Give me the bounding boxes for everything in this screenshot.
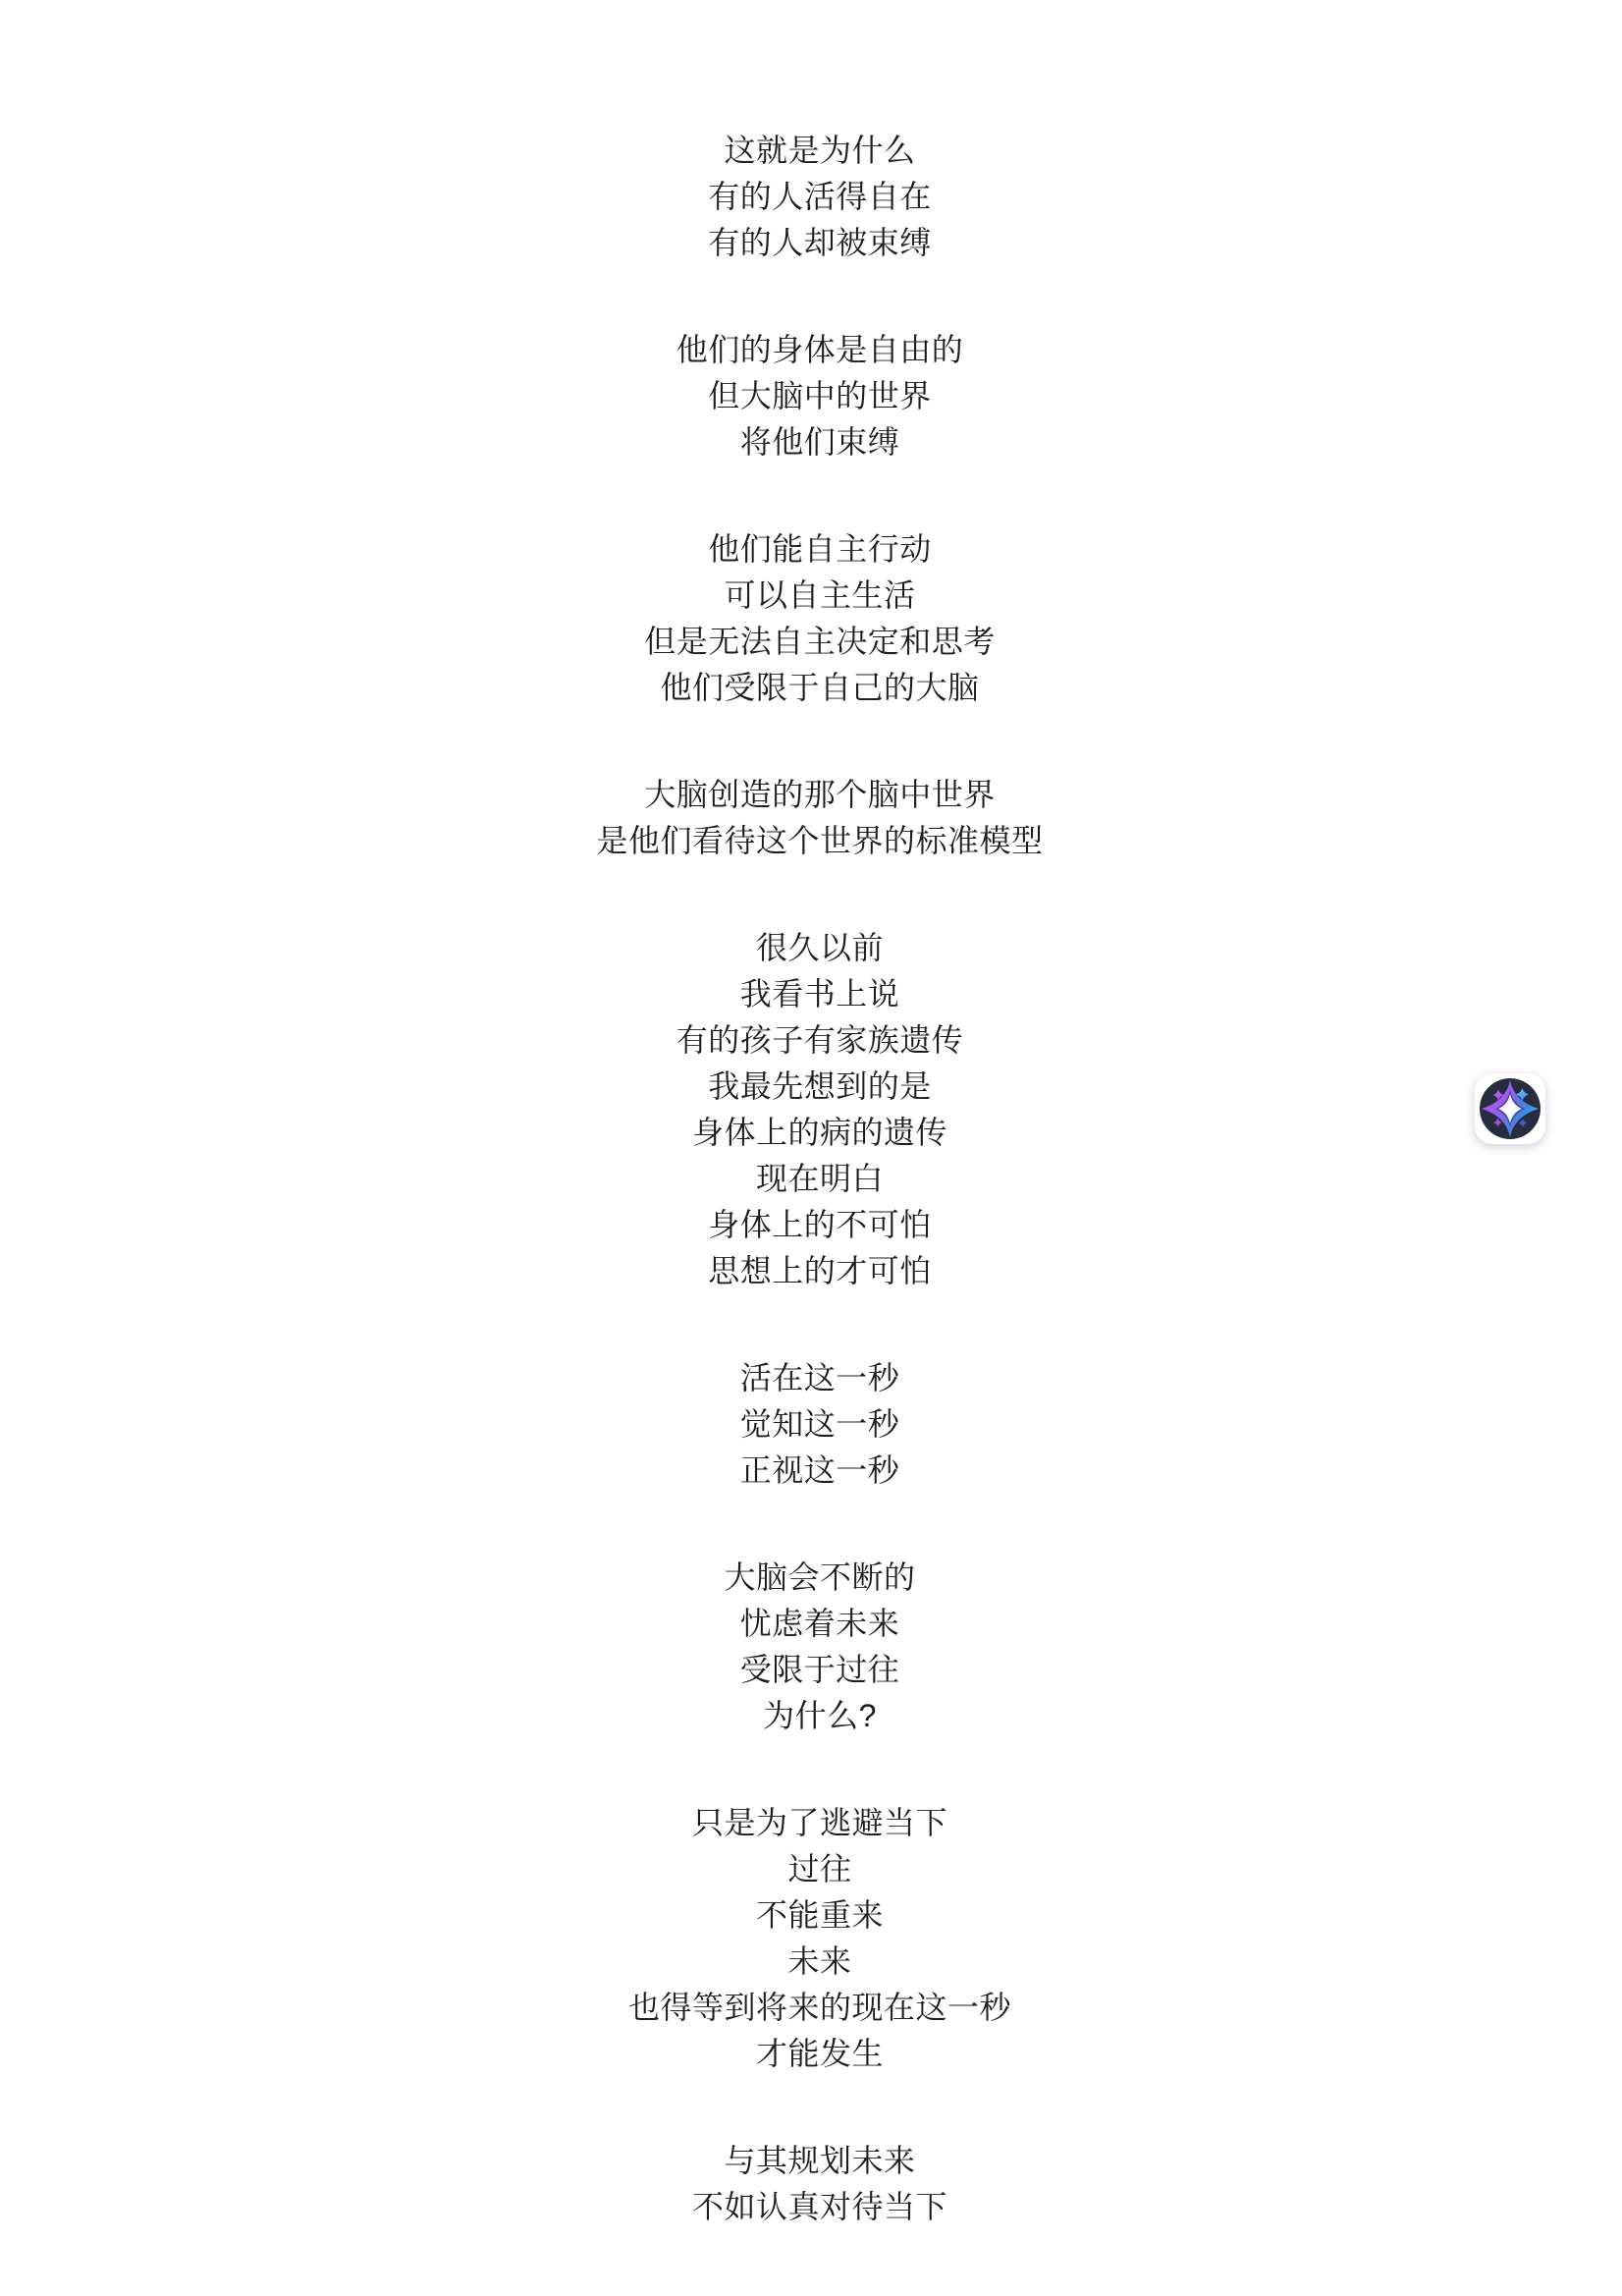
poem-line: 受限于过往 bbox=[18, 1647, 1622, 1693]
poem-line: 大脑创造的那个脑中世界 bbox=[18, 772, 1622, 818]
poem-line: 我最先想到的是 bbox=[18, 1064, 1622, 1110]
poem-stanza: 活在这一秒 觉知这一秒 正视这一秒 bbox=[18, 1355, 1622, 1494]
page: 这就是为什么 有的人活得自在 有的人却被束缚 他们的身体是自由的 但大脑中的世界… bbox=[0, 0, 1622, 2296]
poem-line: 过往 bbox=[18, 1846, 1622, 1892]
poem-line: 身体上的病的遗传 bbox=[18, 1110, 1622, 1156]
poem-line: 我看书上说 bbox=[18, 971, 1622, 1017]
poem-stanza: 大脑会不断的 忧虑着未来 受限于过往 为什么? bbox=[18, 1555, 1622, 1739]
poem-line: 正视这一秒 bbox=[18, 1448, 1622, 1494]
poem-line: 很久以前 bbox=[18, 925, 1622, 971]
poem-line: 不如认真对待当下 bbox=[18, 2184, 1622, 2230]
poem-stanza: 他们能自主行动 可以自主生活 但是无法自主决定和思考 他们受限于自己的大脑 bbox=[18, 526, 1622, 711]
poem-line: 只是为了逃避当下 bbox=[18, 1800, 1622, 1846]
poem-line: 可以自主生活 bbox=[18, 573, 1622, 619]
poem-line: 觉知这一秒 bbox=[18, 1401, 1622, 1448]
poem-stanza: 大脑创造的那个脑中世界 是他们看待这个世界的标准模型 bbox=[18, 772, 1622, 864]
poem-line: 不能重来 bbox=[18, 1892, 1622, 1939]
poem-line: 活在这一秒 bbox=[18, 1355, 1622, 1401]
poem-stanza: 他们的身体是自由的 但大脑中的世界 将他们束缚 bbox=[18, 327, 1622, 465]
ai-assistant-button[interactable] bbox=[1475, 1073, 1545, 1144]
poem-line: 但大脑中的世界 bbox=[18, 373, 1622, 419]
poem-line: 将他们束缚 bbox=[18, 419, 1622, 465]
poem-line: 才能发生 bbox=[18, 2031, 1622, 2077]
poem-line: 这就是为什么 bbox=[18, 128, 1622, 174]
poem-line: 有的人活得自在 bbox=[18, 174, 1622, 220]
poem-line: 也得等到将来的现在这一秒 bbox=[18, 1985, 1622, 2031]
sparkle-icon bbox=[1479, 1077, 1541, 1140]
poem-line: 有的孩子有家族遗传 bbox=[18, 1017, 1622, 1064]
poem-line: 他们能自主行动 bbox=[18, 526, 1622, 573]
poem-line: 大脑会不断的 bbox=[18, 1555, 1622, 1601]
poem-stanza: 只是为了逃避当下 过往 不能重来 未来 也得等到将来的现在这一秒 才能发生 bbox=[18, 1800, 1622, 2077]
poem-line: 身体上的不可怕 bbox=[18, 1202, 1622, 1248]
poem-line: 但是无法自主决定和思考 bbox=[18, 619, 1622, 665]
poem-line: 忧虑着未来 bbox=[18, 1601, 1622, 1647]
poem-line: 为什么? bbox=[18, 1693, 1622, 1739]
poem-stanza: 与其规划未来 不如认真对待当下 bbox=[18, 2138, 1622, 2230]
poem-stanza: 很久以前 我看书上说 有的孩子有家族遗传 我最先想到的是 身体上的病的遗传 现在… bbox=[18, 925, 1622, 1294]
poem-line: 他们受限于自己的大脑 bbox=[18, 665, 1622, 711]
poem: 这就是为什么 有的人活得自在 有的人却被束缚 他们的身体是自由的 但大脑中的世界… bbox=[18, 0, 1622, 2230]
poem-line: 是他们看待这个世界的标准模型 bbox=[18, 818, 1622, 864]
poem-line: 他们的身体是自由的 bbox=[18, 327, 1622, 373]
poem-line: 与其规划未来 bbox=[18, 2138, 1622, 2184]
poem-line: 思想上的才可怕 bbox=[18, 1248, 1622, 1294]
poem-stanza: 这就是为什么 有的人活得自在 有的人却被束缚 bbox=[18, 128, 1622, 266]
poem-line: 有的人却被束缚 bbox=[18, 220, 1622, 266]
poem-line: 现在明白 bbox=[18, 1156, 1622, 1202]
poem-line: 未来 bbox=[18, 1939, 1622, 1985]
